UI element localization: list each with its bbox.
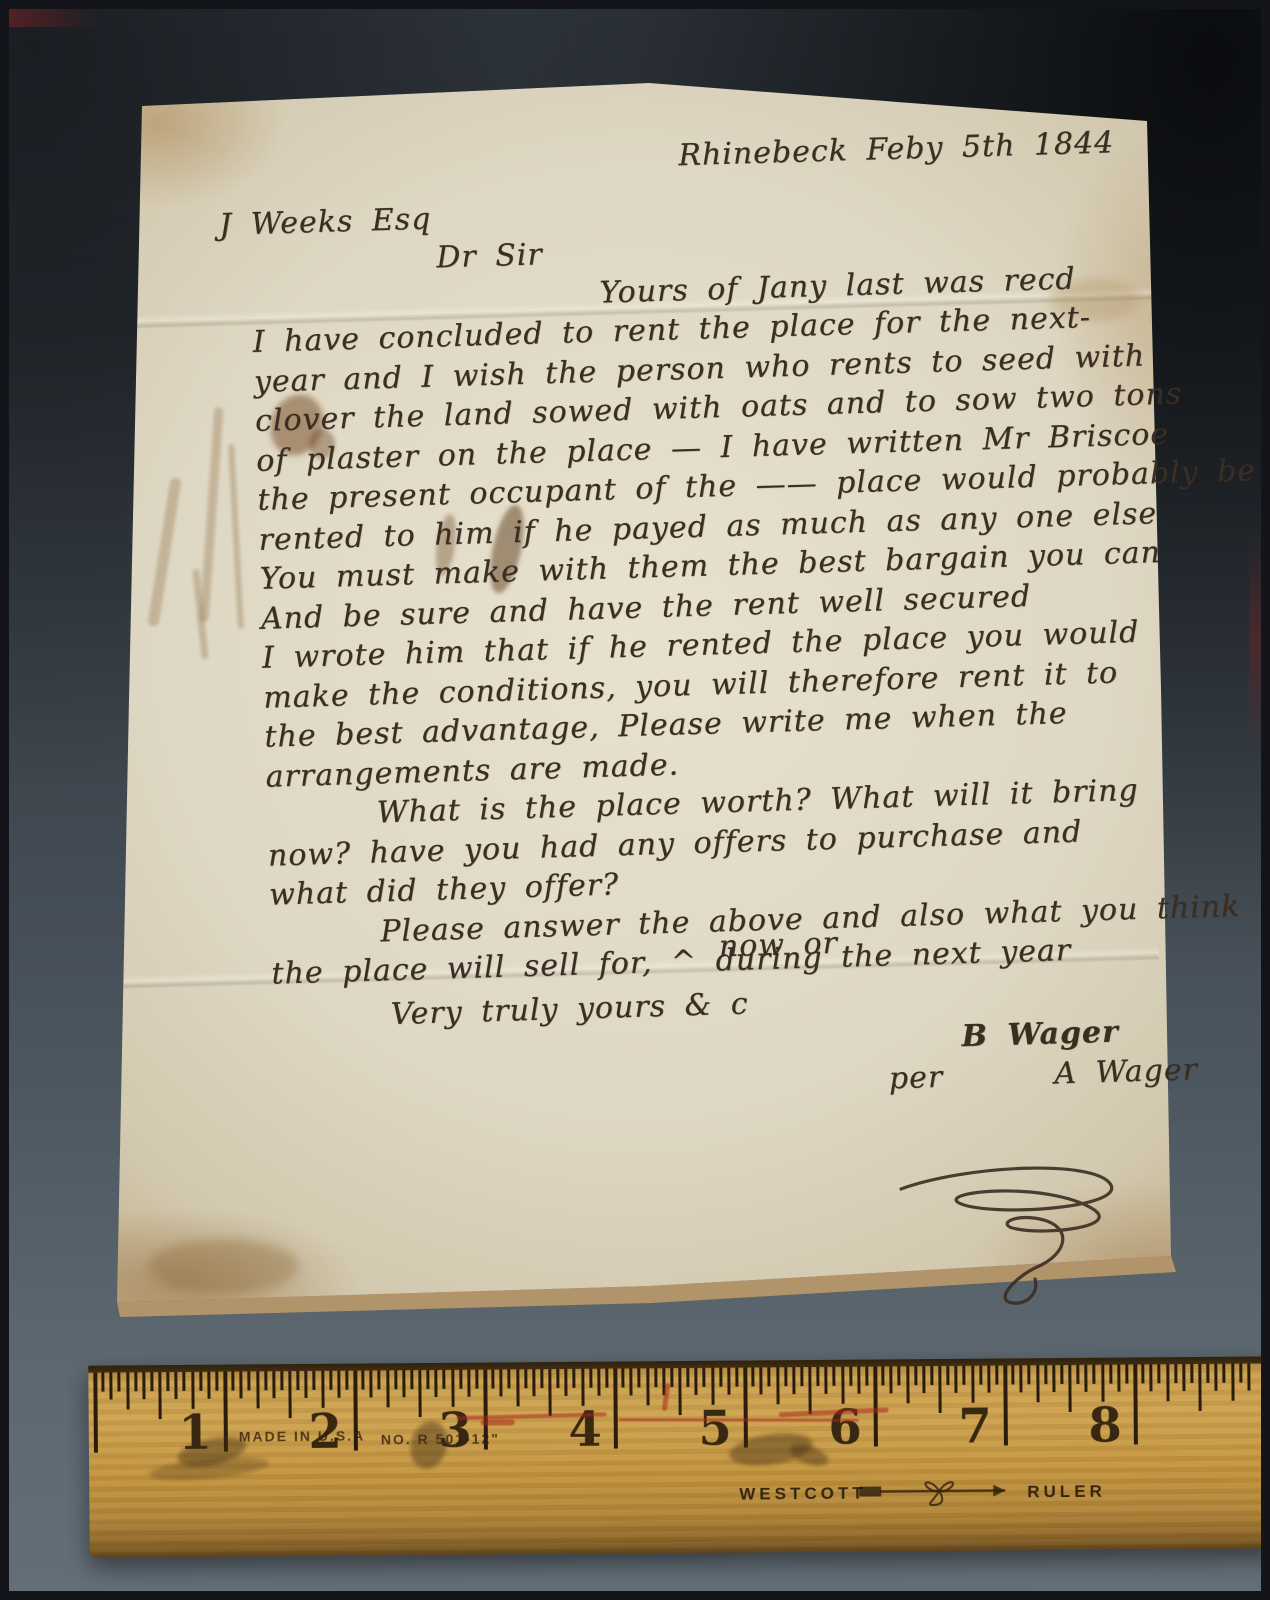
ruler-tick — [1158, 1364, 1161, 1383]
ruler-tick — [581, 1369, 584, 1406]
ruler-tick — [930, 1366, 933, 1385]
ruler-ticks: 12345678 — [88, 1356, 1270, 1365]
ruler-tick — [126, 1372, 129, 1409]
ruler-tick — [142, 1372, 145, 1399]
bleed-through-ink — [147, 477, 181, 627]
ruler-tick — [548, 1369, 551, 1416]
ruler-tick — [191, 1372, 194, 1409]
ruler-tick — [459, 1370, 462, 1389]
ruler-tick — [955, 1366, 958, 1393]
ruler-tick — [240, 1371, 243, 1398]
foxing-stain — [149, 1239, 299, 1294]
ruler-tick — [467, 1370, 470, 1397]
ruler-tick — [792, 1367, 795, 1394]
ruler-tick — [711, 1368, 714, 1405]
photograph: Rhinebeck Feby 5th 1844J Weeks EsqDr Sir… — [0, 0, 1270, 1600]
border-red-accent — [9, 9, 99, 27]
red-pencil-mark — [619, 1418, 859, 1422]
ruler-tick — [1011, 1365, 1014, 1384]
ruler-tick — [1174, 1364, 1177, 1383]
ruler-tick — [410, 1370, 413, 1389]
ruler-tick — [760, 1367, 763, 1394]
ruler-tick — [1068, 1365, 1071, 1412]
ruler-tick — [865, 1367, 868, 1386]
ruler-tick — [1076, 1365, 1079, 1384]
ruler-tick — [686, 1368, 689, 1387]
ruler-tick — [597, 1369, 600, 1396]
ruler-tick — [946, 1366, 949, 1385]
ruler-tick — [394, 1370, 397, 1389]
ruler-tick — [1093, 1365, 1096, 1384]
ruler-tick — [175, 1372, 178, 1399]
ruler-tick — [329, 1371, 332, 1390]
ruler-tick — [1166, 1364, 1169, 1401]
ruler-tick — [695, 1368, 698, 1395]
ruler-tick — [573, 1369, 576, 1388]
ruler-tick — [621, 1368, 624, 1387]
ruler-tick — [1028, 1365, 1031, 1384]
ruler-tick — [532, 1369, 535, 1396]
ruler-tick — [776, 1367, 779, 1404]
ruler-tick — [735, 1368, 738, 1387]
ruler-tick — [784, 1367, 787, 1386]
ruler-tick — [248, 1371, 251, 1390]
ruler-tick — [158, 1372, 161, 1419]
ruler-brand-westcott: WESTCOTT — [739, 1484, 867, 1505]
ruler-brand-ruler: RULER — [1027, 1482, 1106, 1503]
ruler-tick — [1141, 1364, 1144, 1383]
signature-flourish — [897, 1151, 1147, 1311]
ruler-tick — [1206, 1364, 1209, 1383]
ruler-tick — [906, 1366, 909, 1403]
ruler-tick — [1182, 1364, 1185, 1391]
ruler-tick — [898, 1366, 901, 1385]
ruler-made-in-label: MADE IN U.S.A — [239, 1428, 365, 1445]
ruler-tick — [1020, 1365, 1023, 1392]
ruler-tick — [183, 1372, 186, 1391]
ruler-tick — [922, 1366, 925, 1393]
ruler-tick — [1215, 1364, 1218, 1391]
ruler-tick — [743, 1368, 748, 1448]
ruler-tick — [630, 1368, 633, 1395]
ruler-tick — [670, 1368, 673, 1387]
border-red-accent — [1249, 529, 1261, 749]
ruler-tick — [816, 1367, 819, 1386]
ruler-tick — [565, 1369, 568, 1396]
ruler-tick — [101, 1373, 104, 1392]
ruler-tick — [963, 1366, 966, 1385]
ruler-tick — [150, 1372, 153, 1391]
ruler-tick — [1109, 1365, 1112, 1384]
red-pencil-mark — [481, 1419, 515, 1425]
ruler-tick — [134, 1372, 137, 1391]
ruler-tick — [605, 1369, 608, 1388]
ruler-tick — [1125, 1365, 1128, 1384]
ruler-tick — [1101, 1365, 1104, 1402]
ruler-tick — [1117, 1365, 1120, 1392]
ruler-tick — [646, 1368, 649, 1405]
ruler-tick — [524, 1369, 527, 1388]
ruler-tick — [979, 1366, 982, 1385]
letter-text: Rhinebeck Feby 5th 1844J Weeks EsqDr Sir… — [247, 122, 1190, 1117]
ruler-tick — [719, 1368, 722, 1387]
ruler-tick — [1190, 1364, 1193, 1383]
ruler-tick — [638, 1368, 641, 1387]
ruler-tick — [1231, 1364, 1234, 1401]
ruler-inch-number: 8 — [1088, 1398, 1128, 1454]
ruler-tick — [800, 1367, 803, 1386]
ruler-tick — [207, 1372, 210, 1399]
ruler-tick — [971, 1366, 974, 1403]
ruler-tick — [849, 1367, 852, 1386]
ruler-tick — [166, 1372, 169, 1391]
ruler-tick — [305, 1371, 308, 1398]
ruler-arrow-icon — [859, 1476, 1019, 1507]
ruler-tick — [703, 1368, 706, 1387]
ruler-tick — [768, 1367, 771, 1386]
ruler-tick — [1150, 1364, 1153, 1391]
ruler-tick — [418, 1370, 421, 1417]
ruler-tick — [1003, 1365, 1008, 1445]
ruler-tick — [987, 1366, 990, 1393]
ruler-tick — [808, 1367, 811, 1414]
ruler-tick — [678, 1368, 681, 1415]
ruler-tick — [264, 1371, 267, 1390]
ruler-tick — [873, 1366, 878, 1446]
ruler-tick — [500, 1369, 503, 1396]
ruler-tick — [938, 1366, 941, 1413]
ruler-tick — [491, 1369, 494, 1388]
ruler-inch-number: 4 — [568, 1402, 608, 1458]
ruler-tick — [556, 1369, 559, 1388]
ruler-tick — [1223, 1364, 1226, 1383]
bleed-through-ink — [228, 444, 244, 629]
ruler-tick — [280, 1371, 283, 1390]
ruler-tick — [914, 1366, 917, 1385]
ruler-tick — [337, 1371, 340, 1398]
ruler-tick — [751, 1367, 754, 1386]
ruler-tick — [451, 1370, 454, 1407]
ruler-tick — [93, 1373, 98, 1453]
ruler-tick — [613, 1369, 618, 1449]
ruler-inch-number: 7 — [958, 1399, 998, 1455]
ruler-tick — [516, 1369, 519, 1406]
ruler-tick — [1247, 1364, 1250, 1391]
ruler-tick — [402, 1370, 405, 1397]
ruler-tick — [288, 1371, 291, 1418]
letter-lines: Rhinebeck Feby 5th 1844J Weeks EsqDr Sir… — [247, 122, 1190, 1117]
ruler-tick — [508, 1369, 511, 1388]
ruler-tick — [1198, 1364, 1201, 1411]
ruler-tick — [727, 1368, 730, 1395]
ruler-tick — [443, 1370, 446, 1389]
ruler: 12345678 MADE IN U.S.A NO. R 501-12" WES… — [88, 1356, 1270, 1557]
ruler-tick — [118, 1372, 121, 1391]
ruler-tick — [215, 1372, 218, 1391]
ruler-tick — [1044, 1365, 1047, 1384]
ruler-tick — [378, 1370, 381, 1389]
ruler-tick — [199, 1372, 202, 1391]
ruler-tick — [654, 1368, 657, 1387]
ruler-tick — [475, 1370, 478, 1389]
bleed-through-ink — [200, 407, 224, 622]
ruler-tick — [321, 1371, 324, 1408]
ruler-tick — [1060, 1365, 1063, 1384]
ruler-tick — [1133, 1364, 1138, 1444]
ruler-tick — [256, 1371, 259, 1408]
ruler-tick — [345, 1371, 348, 1390]
ruler-tick — [1239, 1364, 1242, 1383]
ruler-tick — [589, 1369, 592, 1388]
ruler-tick — [435, 1370, 438, 1397]
ruler-tick — [890, 1366, 893, 1393]
ruler-tick — [857, 1367, 860, 1394]
ruler-smudge — [148, 1453, 269, 1484]
ruler-tick — [825, 1367, 828, 1394]
ruler-tick — [231, 1372, 234, 1391]
ruler-tick — [272, 1371, 275, 1398]
ruler-tick — [361, 1371, 364, 1390]
ruler-tick — [995, 1366, 998, 1385]
letter-line-sig-principal: B Wager — [961, 1010, 1189, 1056]
ruler-tick — [1085, 1365, 1088, 1392]
ruler-tick — [540, 1369, 543, 1388]
ruler-tick — [426, 1370, 429, 1389]
ruler-tick — [110, 1372, 113, 1399]
ruler-tick — [296, 1371, 299, 1390]
ruler-tick — [881, 1366, 884, 1385]
ruler-tick — [386, 1370, 389, 1407]
ruler-tick — [1036, 1365, 1039, 1402]
ruler-tick — [370, 1370, 373, 1397]
ruler-tick — [833, 1367, 836, 1386]
ruler-tick — [313, 1371, 316, 1390]
ruler-tick — [1052, 1365, 1055, 1392]
ruler-tick — [841, 1367, 844, 1404]
